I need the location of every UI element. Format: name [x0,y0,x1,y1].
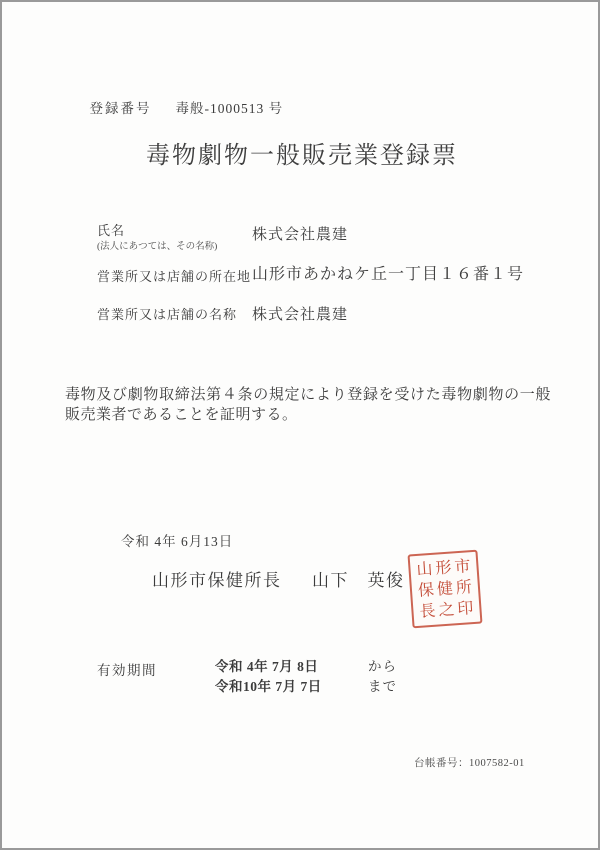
field-value-office-name: 株式会社農建 [252,303,348,324]
certification-statement: 毒物及び劇物取締法第４条の規定により登録を受けた毒物劇物の一般販売業者であること… [65,385,551,425]
validity-period-label: 有効期間 [97,659,157,679]
registration-number-label: 登録番号 [90,101,152,116]
seal-row-3: 長之印 [416,597,477,622]
ledger-number: 台帳番号：1007582-01 [414,755,525,770]
document-page: 登録番号毒般-1000513 号 毒物劇物一般販売業登録票 氏名 (法人にあつて… [0,0,600,850]
issuer-name: 山下 英俊 [312,566,405,591]
official-red-seal: 山形市 保健所 長之印 [408,550,483,629]
field-sublabel-corporate-note: (法人にあつては、その名称) [97,238,217,252]
validity-from-date: 令和 4年 7月 8日 [215,655,318,675]
field-label-office-name: 営業所又は店舗の名称 [97,304,237,323]
validity-to-date: 令和10年 7月 7日 [215,675,322,695]
field-value-office-address: 山形市あかねケ丘一丁目１６番１号 [252,261,524,284]
validity-to-suffix: まで [368,675,397,695]
document-title: 毒物劇物一般販売業登録票 [2,135,600,170]
issue-date: 令和 4年 6月13日 [121,530,233,550]
field-label-name: 氏名 [97,220,125,239]
field-value-name: 株式会社農建 [252,223,348,244]
field-label-office-address: 営業所又は店舗の所在地 [97,266,251,285]
registration-number-line: 登録番号毒般-1000513 号 [76,81,283,133]
issuer-title: 山形市保健所長 [152,566,282,591]
validity-from-suffix: から [368,655,397,675]
registration-number-value: 毒般-1000513 号 [176,101,284,116]
